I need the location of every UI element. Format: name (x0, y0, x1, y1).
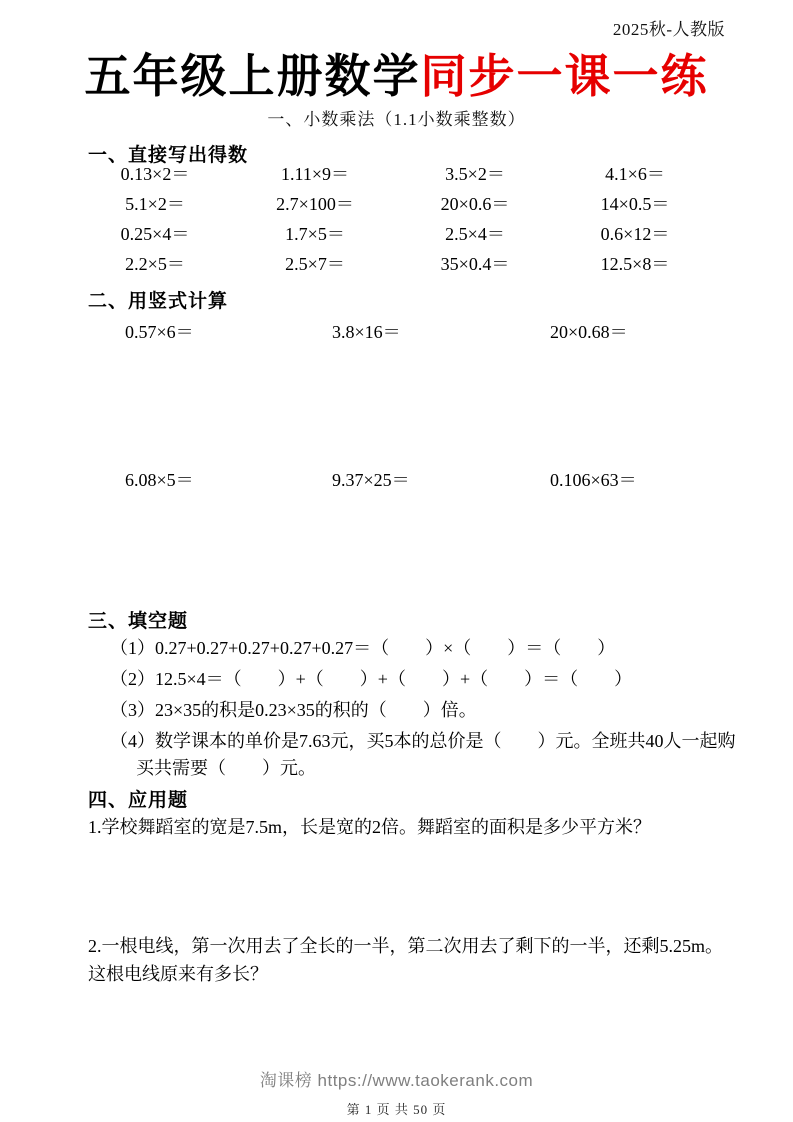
lesson-subtitle: 一、小数乘法（1.1小数乘整数） (0, 105, 793, 130)
vertical-problem: 0.106×63＝ (550, 466, 637, 492)
oral-problem: 2.5×7＝ (235, 253, 395, 275)
oral-problem: 35×0.4＝ (395, 253, 555, 275)
word-problem-2-line2: 这根电线原来有多长？ (88, 963, 268, 985)
section-heading-word: 四、应用题 (88, 785, 188, 812)
edition-label: 2025秋-人教版 (613, 15, 725, 40)
vertical-problem: 0.57×6＝ (125, 318, 332, 344)
oral-problem: 12.5×8＝ (555, 253, 715, 275)
oral-problem: 20×0.6＝ (395, 193, 555, 215)
section-heading-vertical: 二、用竖式计算 (88, 286, 228, 313)
oral-problem: 4.1×6＝ (555, 163, 715, 185)
vertical-problem: 9.37×25＝ (332, 466, 550, 492)
oral-problems-grid: 0.13×2＝ 1.11×9＝ 3.5×2＝ 4.1×6＝ 5.1×2＝ 2.7… (75, 163, 715, 275)
vertical-problem-row: 6.08×5＝ 9.37×25＝ 0.106×63＝ (125, 466, 637, 492)
footer-site-url: 淘课榜 https://www.taokerank.com (0, 1066, 793, 1091)
page-number: 第 1 页 共 50 页 (0, 1099, 793, 1118)
title-series: 同步一课一练 (421, 50, 709, 102)
page-title: 五年级上册数学同步一课一练 (0, 40, 793, 106)
word-problem-2-line1: 2.一根电线，第一次用去了全长的一半，第二次用去了剩下的一半，还剩5.25m。 (88, 935, 723, 957)
oral-problem: 2.7×100＝ (235, 193, 395, 215)
oral-problem: 0.13×2＝ (75, 163, 235, 185)
worksheet-page: 2025秋-人教版 五年级上册数学同步一课一练 一、小数乘法（1.1小数乘整数）… (0, 0, 793, 1122)
oral-problem: 1.11×9＝ (235, 163, 395, 185)
fill-item-3: （3）23×35的积是0.23×35的积的（ ）倍。 (110, 699, 477, 721)
oral-problem: 0.25×4＝ (75, 223, 235, 245)
oral-problem: 0.6×12＝ (555, 223, 715, 245)
vertical-problem-row: 0.57×6＝ 3.8×16＝ 20×0.68＝ (125, 318, 628, 344)
fill-item-1: （1）0.27+0.27+0.27+0.27+0.27＝（ ）×（ ）＝（ ） (110, 637, 615, 659)
fill-item-2: （2）12.5×4＝（ ）+（ ）+（ ）+（ ）＝（ ） (110, 668, 632, 690)
title-course: 五年级上册数学 (85, 50, 421, 102)
oral-problem: 3.5×2＝ (395, 163, 555, 185)
oral-problem: 14×0.5＝ (555, 193, 715, 215)
vertical-problem: 3.8×16＝ (332, 318, 550, 344)
oral-problem: 1.7×5＝ (235, 223, 395, 245)
word-problem-1: 1.学校舞蹈室的宽是7.5m，长是宽的2倍。舞蹈室的面积是多少平方米？ (88, 816, 651, 838)
fill-item-4-line2: 买共需要（ ）元。 (136, 757, 316, 779)
vertical-problem: 6.08×5＝ (125, 466, 332, 492)
section-heading-fill: 三、填空题 (88, 606, 188, 633)
oral-problem: 5.1×2＝ (75, 193, 235, 215)
fill-item-4-line1: （4）数学课本的单价是7.63元，买5本的总价是（ ）元。全班共40人一起购 (110, 730, 736, 752)
oral-problem: 2.5×4＝ (395, 223, 555, 245)
oral-problem: 2.2×5＝ (75, 253, 235, 275)
vertical-problem: 20×0.68＝ (550, 318, 628, 344)
